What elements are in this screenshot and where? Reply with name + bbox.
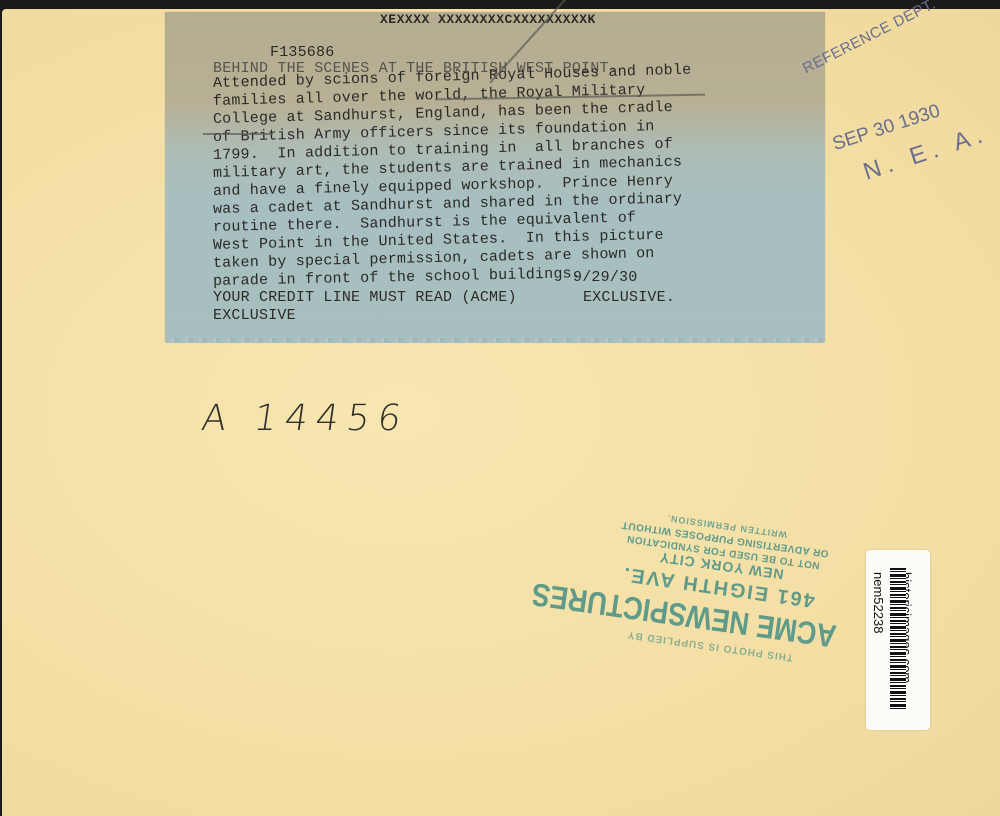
exclusive-left: EXCLUSIVE [213,308,296,323]
caption-slip: XEXXXX XXXXXXXXCXXXXXXXXXK F135686 BEHIN… [165,12,825,340]
crossed-out-header: XEXXXX XXXXXXXXCXXXXXXXXXK [380,12,596,27]
handwritten-archive-number: A 14456 [199,398,411,439]
credit-line: YOUR CREDIT LINE MUST READ (ACME) [213,290,517,305]
sticker-code: nem52238 [871,572,886,633]
pencil-underline [203,133,273,135]
barcode-icon [890,568,906,710]
caption-date: 9/29/30 [573,270,637,285]
caption-file-number: F135686 [270,45,334,60]
exclusive-right: EXCLUSIVE. [583,290,675,305]
inventory-sticker: historicimages.com nem52238 [866,550,930,730]
